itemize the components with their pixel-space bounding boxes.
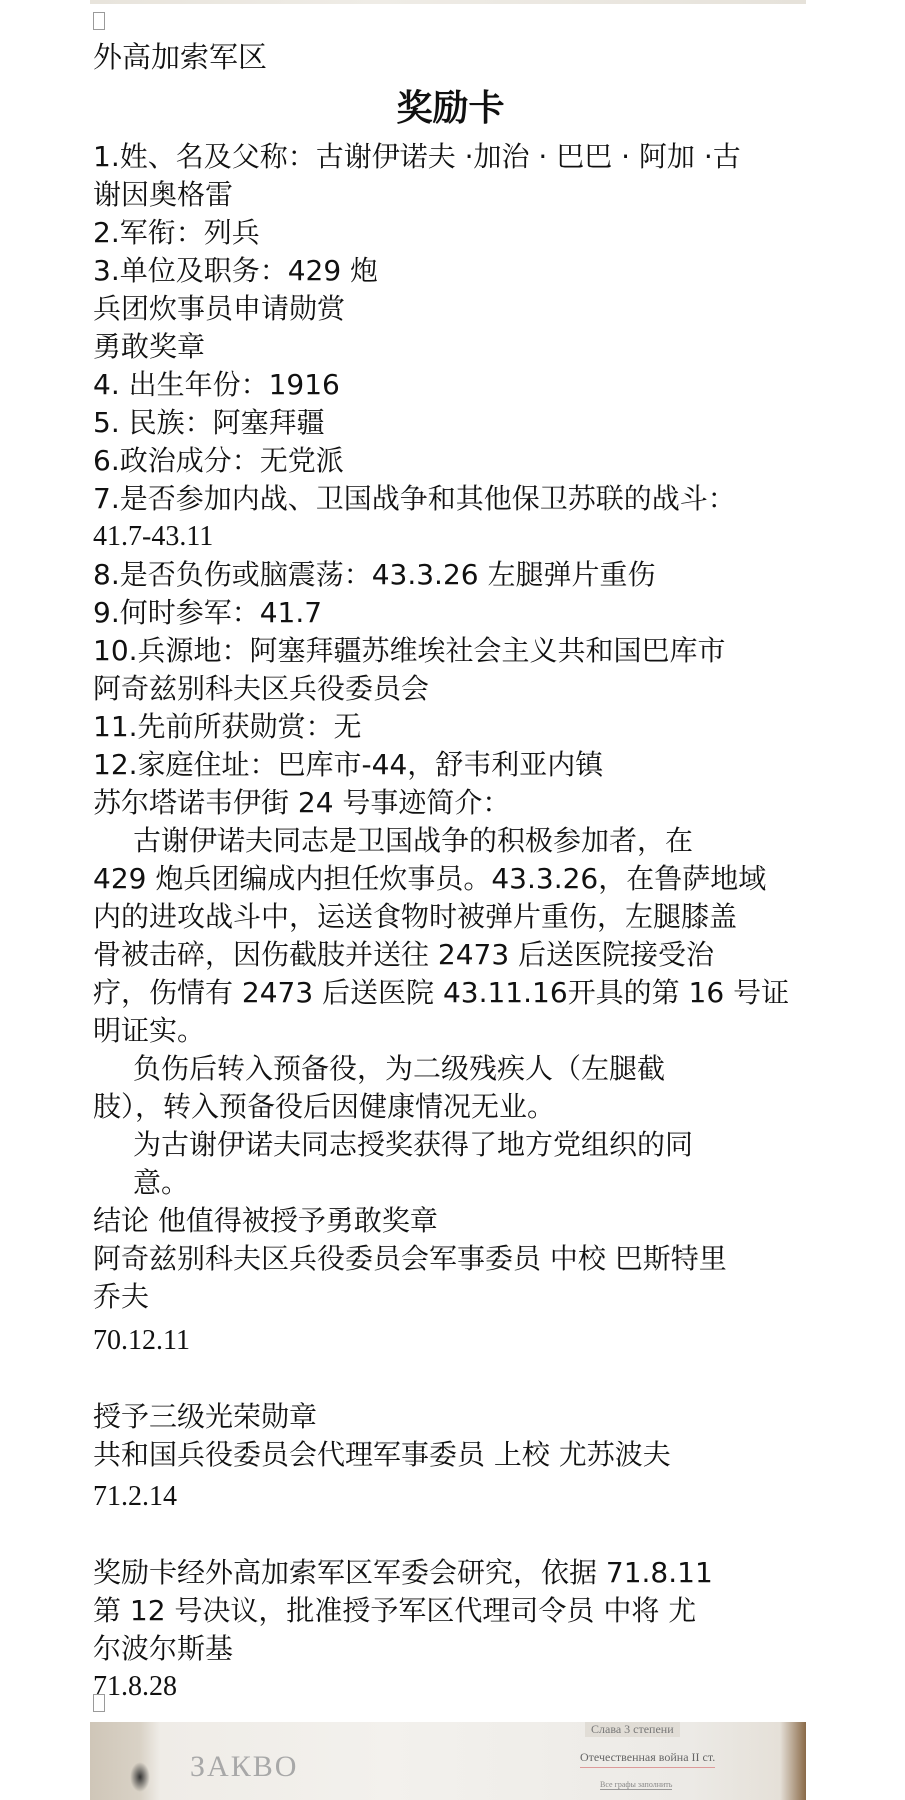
narrative-line: 意。 — [93, 1164, 808, 1202]
narrative-line: 骨被击碎，因伤截肢并送往 2473 后送医院接受治 — [93, 936, 808, 974]
spacer — [93, 1516, 808, 1554]
field-line: 2.军衔：列兵 — [93, 214, 808, 252]
award-section: 授予三级光荣勋章 共和国兵役委员会代理军事委员 上校 尤苏波夫 71.2.14 — [93, 1398, 808, 1516]
narrative-line: 肢），转入预备役后因健康情况无业。 — [93, 1088, 808, 1126]
field-line: 5. 民族：阿塞拜疆 — [93, 404, 808, 442]
form-fields: 1.姓、名及父称：古谢伊诺夫 ·加治 · 巴巴 · 阿加 ·古 谢因奥格雷 2.… — [93, 138, 808, 822]
field-line: 谢因奥格雷 — [93, 176, 808, 214]
spacer — [93, 1360, 808, 1398]
field-line: 11.先前所获勋赏：无 — [93, 708, 808, 746]
field-line: 10.兵源地：阿塞拜疆苏维埃社会主义共和国巴库市 — [93, 632, 808, 670]
photo-stamp-text: ЗАКВО — [190, 1750, 298, 1784]
military-district-name: 外高加索军区 — [93, 38, 808, 76]
narrative-line: 疗，伤情有 2473 后送医院 43.11.16开具的第 16 号证 — [93, 974, 808, 1012]
broken-image-icon — [93, 1694, 105, 1712]
field-line: 兵团炊事员申请勋赏 — [93, 290, 808, 328]
final-line: 第 12 号决议，批准授予军区代理司令员 中将 尤 — [93, 1592, 808, 1630]
conclusion-date: 70.12.11 — [93, 1322, 808, 1360]
conclusion-text: 结论 他值得被授予勇敢奖章 — [93, 1202, 808, 1240]
photo-label: Слава 3 степени — [585, 1722, 680, 1737]
field-line: 1.姓、名及父称：古谢伊诺夫 ·加治 · 巴巴 · 阿加 ·古 — [93, 138, 808, 176]
final-date: 71.8.28 — [93, 1668, 808, 1706]
photo-shadow — [130, 1762, 150, 1792]
conclusion-signer: 阿奇兹别科夫区兵役委员会军事委员 中校 巴斯特里 — [93, 1240, 808, 1278]
archive-document-photo: ЗАКВО Слава 3 степени Отечественная войн… — [90, 1722, 806, 1800]
field-line: 4. 出生年份：1916 — [93, 366, 808, 404]
narrative-section: 古谢伊诺夫同志是卫国战争的积极参加者，在 429 炮兵团编成内担任炊事员。43.… — [93, 822, 808, 1202]
final-decision-section: 奖励卡经外高加索军区军委会研究，依据 71.8.11 第 12 号决议，批准授予… — [93, 1554, 808, 1706]
narrative-line: 为古谢伊诺夫同志授奖获得了地方党组织的同 — [93, 1126, 808, 1164]
field-line: 3.单位及职务：429 炮 — [93, 252, 808, 290]
narrative-line: 429 炮兵团编成内担任炊事员。43.3.26，在鲁萨地域 — [93, 860, 808, 898]
final-line: 尔波尔斯基 — [93, 1630, 808, 1668]
field-line: 6.政治成分：无党派 — [93, 442, 808, 480]
photo-label: Отечественная война II ст. — [580, 1750, 715, 1768]
document-title: 奖励卡 — [93, 84, 808, 134]
top-image-edge — [90, 0, 806, 4]
field-line: 阿奇兹别科夫区兵役委员会 — [93, 670, 808, 708]
photo-label: Все графы заполнить — [600, 1780, 672, 1790]
broken-image-icon — [93, 12, 105, 30]
field-line: 9.何时参军：41.7 — [93, 594, 808, 632]
narrative-line: 负伤后转入预备役，为二级残疾人（左腿截 — [93, 1050, 808, 1088]
conclusion-section: 结论 他值得被授予勇敢奖章 阿奇兹别科夫区兵役委员会军事委员 中校 巴斯特里 乔… — [93, 1202, 808, 1360]
narrative-line: 明证实。 — [93, 1012, 808, 1050]
award-card-document: 外高加索军区 奖励卡 1.姓、名及父称：古谢伊诺夫 ·加治 · 巴巴 · 阿加 … — [93, 38, 808, 1706]
award-signer: 共和国兵役委员会代理军事委员 上校 尤苏波夫 — [93, 1436, 808, 1474]
field-line: 41.7-43.11 — [93, 518, 808, 556]
field-line: 12.家庭住址：巴库市-44，舒韦利亚内镇 — [93, 746, 808, 784]
award-date: 71.2.14 — [93, 1478, 808, 1516]
field-line: 苏尔塔诺韦伊街 24 号事迹简介： — [93, 784, 808, 822]
conclusion-signer: 乔夫 — [93, 1278, 808, 1316]
final-line: 奖励卡经外高加索军区军委会研究，依据 71.8.11 — [93, 1554, 808, 1592]
field-line: 8.是否负伤或脑震荡：43.3.26 左腿弹片重伤 — [93, 556, 808, 594]
field-line: 勇敢奖章 — [93, 328, 808, 366]
narrative-line: 内的进攻战斗中，运送食物时被弹片重伤，左腿膝盖 — [93, 898, 808, 936]
narrative-line: 古谢伊诺夫同志是卫国战争的积极参加者，在 — [93, 822, 808, 860]
field-line: 7.是否参加内战、卫国战争和其他保卫苏联的战斗： — [93, 480, 808, 518]
award-text: 授予三级光荣勋章 — [93, 1398, 808, 1436]
